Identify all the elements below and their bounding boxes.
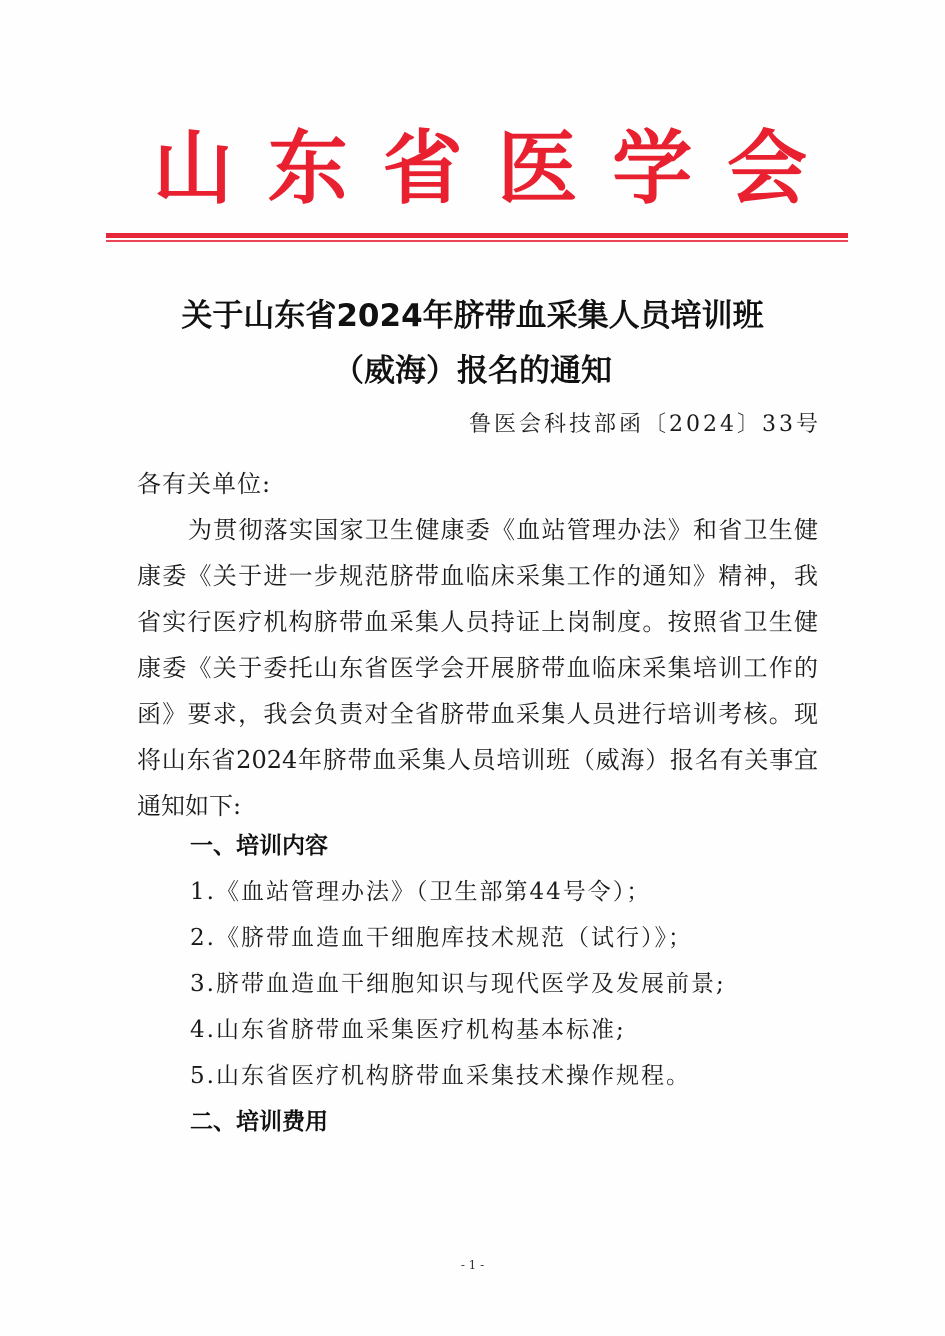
document-title-line2: （威海）报名的通知 bbox=[120, 345, 825, 390]
letterhead-divider-thick bbox=[106, 233, 848, 238]
document-number: 鲁医会科技部函〔2024〕33号 bbox=[469, 407, 821, 438]
letterhead-char: 省 bbox=[380, 122, 466, 214]
list-item: 4.山东省脐带血采集医疗机构基本标准; bbox=[190, 1007, 626, 1053]
letterhead-char: 东 bbox=[265, 122, 351, 214]
section-heading-training-fees: 二、培训费用 bbox=[190, 1099, 328, 1145]
paragraph-line: 为贯彻落实国家卫生健康委《血站管理办法》和省卫生健 bbox=[137, 507, 818, 553]
body-paragraph: 为贯彻落实国家卫生健康委《血站管理办法》和省卫生健 康委《关于进一步规范脐带血临… bbox=[137, 507, 818, 829]
letterhead-divider-thin bbox=[106, 240, 848, 242]
list-item: 1.《血站管理办法》（卫生部第44号令）； bbox=[190, 869, 651, 915]
page-number: - 1 - bbox=[0, 1258, 945, 1272]
paragraph-line: 康委《关于进一步规范脐带血临床采集工作的通知》精神，我 bbox=[137, 553, 818, 599]
letterhead: 山 东 省 医 学 会 bbox=[150, 122, 810, 214]
paragraph-line: 函》要求，我会负责对全省脐带血采集人员进行培训考核。现 bbox=[137, 691, 818, 737]
list-item: 5.山东省医疗机构脐带血采集技术操作规程。 bbox=[190, 1053, 691, 1099]
letterhead-char: 学 bbox=[609, 122, 695, 214]
letterhead-char: 医 bbox=[494, 122, 580, 214]
paragraph-line: 将山东省2024年脐带血采集人员培训班（威海）报名有关事宜 bbox=[137, 737, 818, 783]
salutation: 各有关单位: bbox=[137, 461, 271, 507]
letterhead-char: 山 bbox=[150, 122, 236, 214]
document-title-line1: 关于山东省2024年脐带血采集人员培训班 bbox=[120, 290, 825, 335]
letterhead-char: 会 bbox=[724, 122, 810, 214]
section-heading-training-content: 一、培训内容 bbox=[190, 823, 328, 869]
paragraph-line: 康委《关于委托山东省医学会开展脐带血临床采集培训工作的 bbox=[137, 645, 818, 691]
list-item: 3.脐带血造血干细胞知识与现代医学及发展前景; bbox=[190, 961, 726, 1007]
list-item: 2.《脐带血造血干细胞库技术规范（试行）》； bbox=[190, 915, 693, 961]
paragraph-line: 省实行医疗机构脐带血采集人员持证上岗制度。按照省卫生健 bbox=[137, 599, 818, 645]
document-page: 山 东 省 医 学 会 关于山东省2024年脐带血采集人员培训班 （威海）报名的… bbox=[0, 0, 945, 1336]
